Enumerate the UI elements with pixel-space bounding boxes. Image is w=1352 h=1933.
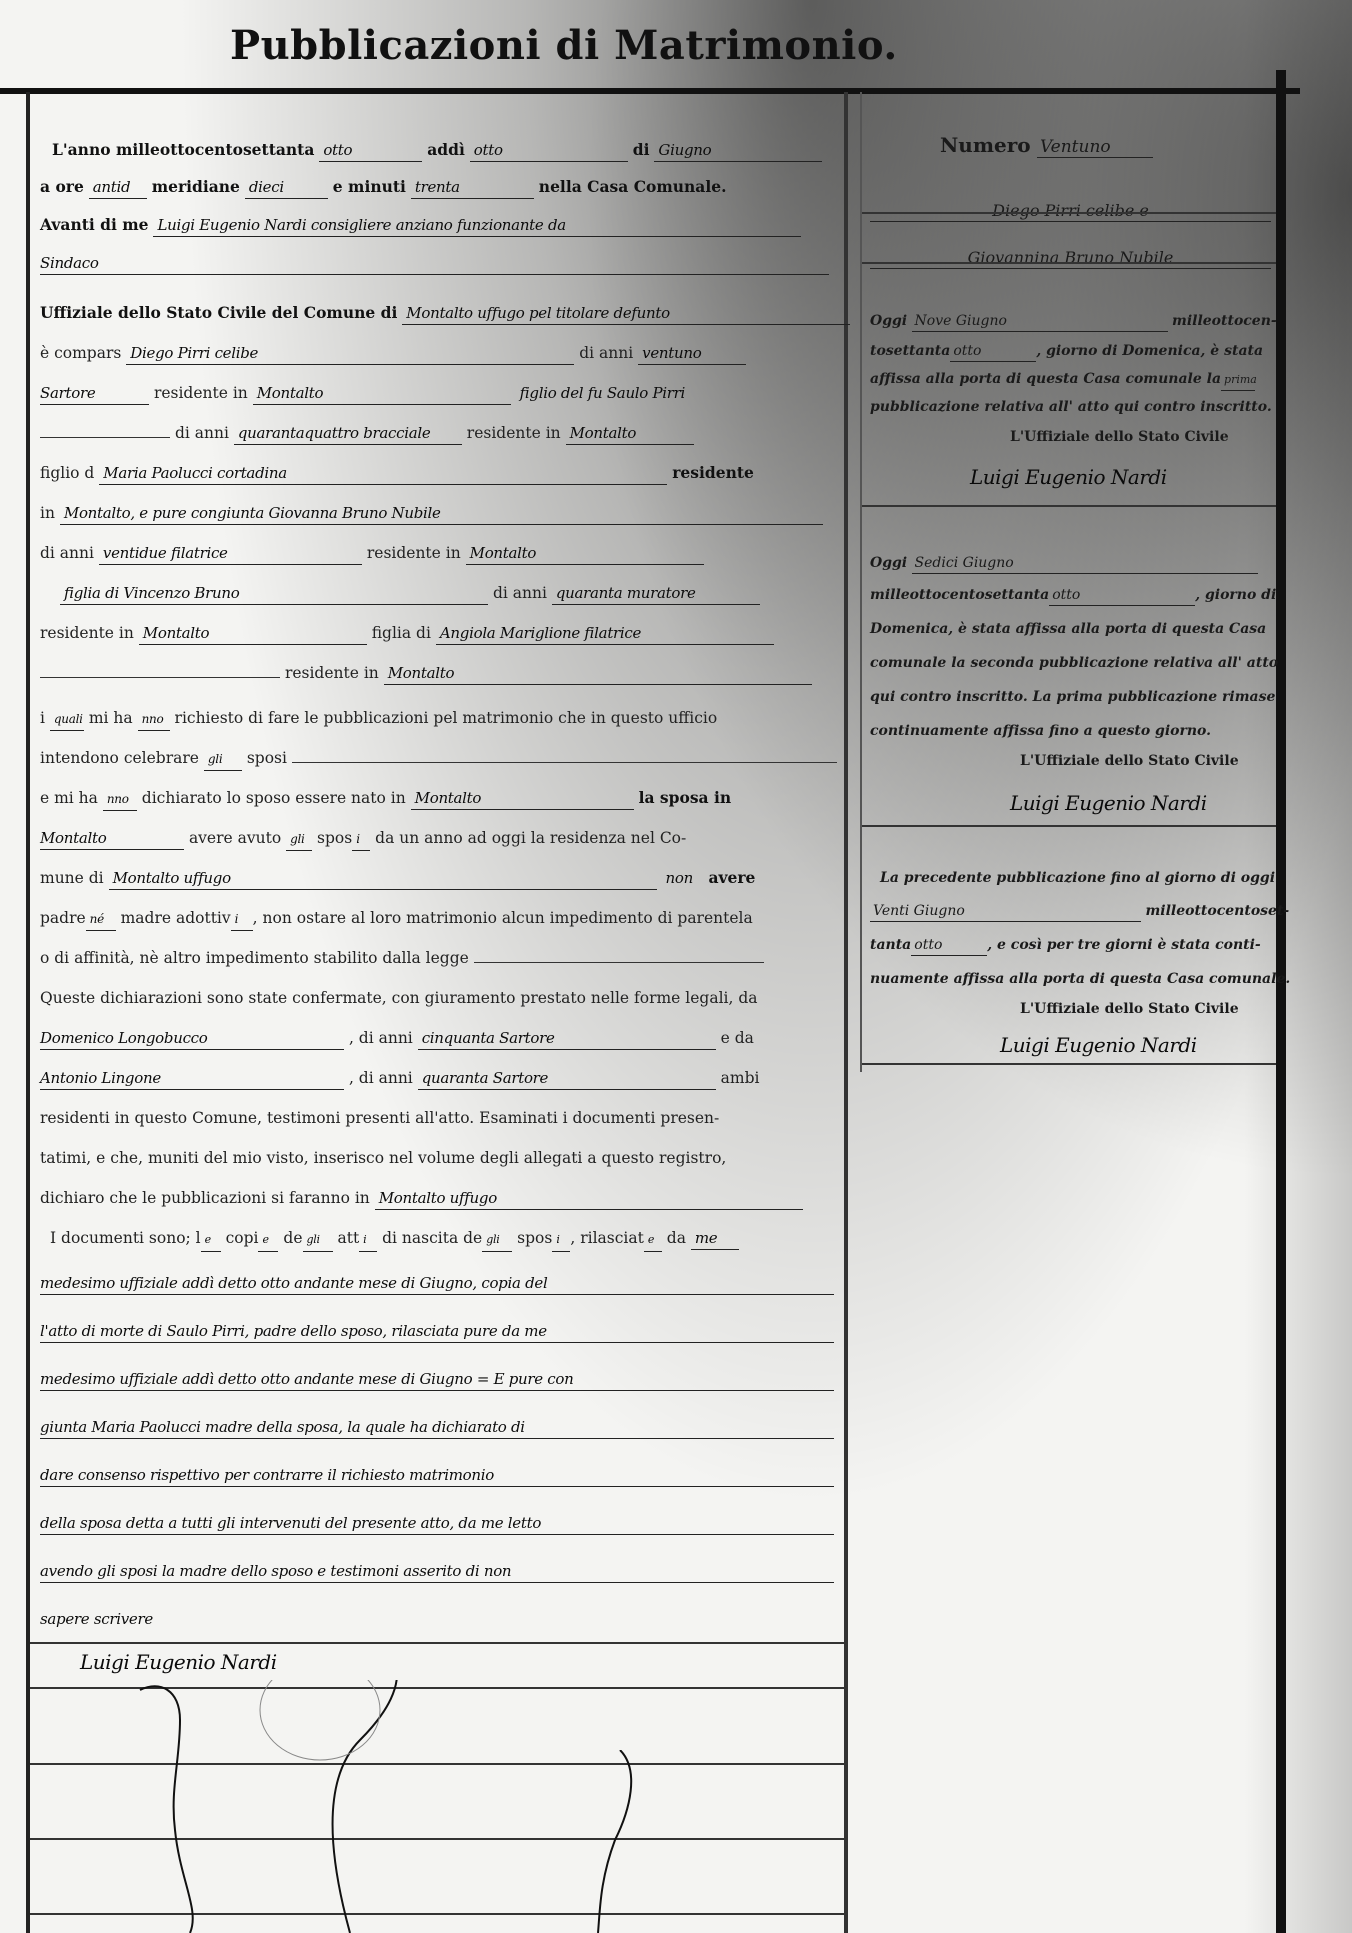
minutes-field: trenta: [411, 176, 534, 199]
pub2-year-line: milleottocentosettantaotto, giorno di: [870, 582, 1270, 608]
act-line-groom: è compars Diego Pirri celibe di anni ven…: [40, 338, 840, 368]
hw-paragraph-line: medesimo uffiziale addì detto otto andan…: [40, 1268, 840, 1298]
groom-father-residence-field: Montalto: [566, 422, 694, 445]
month-field: Giugno: [654, 139, 822, 162]
comune-field: Montalto uffugo pel titolare defunto: [402, 302, 850, 325]
ruled-line: [30, 1838, 845, 1840]
bride-summary: Giovannina Bruno Nubile: [870, 248, 1271, 269]
pub3-text-line: La precedente pubblicazione fino al gior…: [880, 865, 1280, 891]
right-rule: [862, 262, 1276, 264]
groom-father-age-field: quarantaquattro bracciale: [234, 422, 462, 445]
act-line-time: a ore antid meridiane dieci e minuti tre…: [40, 172, 840, 202]
act-line-birthplace: e mi ha nno dichiarato lo sposo essere n…: [40, 783, 840, 813]
act-line-officer-cont: Sindaco: [40, 248, 840, 278]
pub2-text-line: continuamente affissa fino a questo gior…: [870, 718, 1270, 744]
act-line-witness-1: Domenico Longobucco , di anni cinquanta …: [40, 1023, 840, 1053]
hw-paragraph-line: dare consenso rispettivo per contrarre i…: [40, 1460, 840, 1490]
groom-profession-field: Sartore: [40, 382, 149, 405]
witness-2-name: Antonio Lingone: [40, 1067, 344, 1090]
year-field: otto: [319, 139, 422, 162]
act-line-witness-2: Antonio Lingone , di anni quaranta Sarto…: [40, 1063, 840, 1093]
pub3-year-field: otto: [911, 935, 987, 956]
bride-name-field: Montalto, e pure congiunta Giovanna Brun…: [60, 502, 823, 525]
act-line-comune-residence: mune di Montalto uffugo non avere: [40, 863, 840, 893]
ruled-line: [30, 1642, 845, 1644]
act-line-declarations: Queste dichiarazioni sono state conferma…: [40, 983, 840, 1013]
hw-paragraph-line: sapere scrivere: [40, 1604, 840, 1634]
act-line-request: i quali mi ha nno richiesto di fare le p…: [40, 703, 840, 733]
groom-residence-field: Montalto: [253, 382, 511, 405]
act-line-celebrate: intendono celebrare gli sposi: [40, 743, 840, 773]
bride-father-field: figlia di Vincenzo Bruno: [60, 582, 488, 605]
hw-paragraph-line: avendo gli sposi la madre dello sposo e …: [40, 1556, 840, 1586]
record-number: Numero Ventuno: [940, 130, 1340, 160]
right-rule: [862, 212, 1276, 214]
column-divider: [844, 92, 848, 1933]
bride-mother-residence-field: Montalto: [384, 662, 812, 685]
pub1-year-field: otto: [950, 341, 1036, 362]
pub1-date-line: Oggi Nove Giugno milleottocen-: [870, 308, 1270, 334]
pub3-officer-label: L'Uffiziale dello Stato Civile: [1020, 996, 1352, 1022]
bride-father-age-field: quaranta muratore: [552, 582, 760, 605]
act-line-bride-father: figlia di Vincenzo Bruno di anni quarant…: [40, 578, 840, 608]
hw-paragraph-line: medesimo uffiziale addì detto otto andan…: [40, 1364, 840, 1394]
pub2-text-line: comunale la seconda pubblicazione relati…: [870, 650, 1270, 676]
groom-name-field: Diego Pirri celibe: [126, 342, 574, 365]
frame-left-rule: [26, 92, 30, 1933]
hw-paragraph-line: della sposa detta a tutti gli intervenut…: [40, 1508, 840, 1538]
groom-father-field: figlio del fu Saulo Pirri: [516, 382, 714, 404]
act-line-officer: Avanti di me Luigi Eugenio Nardi consigl…: [40, 210, 840, 240]
document-title: Pubblicazioni di Matrimonio.: [230, 22, 1060, 69]
act-line-adoptive: padrené madre adottivi, non ostare al lo…: [40, 903, 840, 933]
act-line-year: L'anno milleottocentosettanta otto addì …: [40, 135, 840, 165]
act-line-publications-place: dichiaro che le pubblicazioni si faranno…: [40, 1183, 840, 1213]
pub3-text-line: nuamente affissa alla porta di questa Ca…: [870, 966, 1270, 992]
pub1-signature: Luigi Eugenio Nardi: [970, 460, 1352, 494]
act-line-bride-mother-residence: residente in Montalto: [40, 658, 840, 688]
right-rule: [862, 825, 1276, 827]
groom-birthplace-field: Montalto: [411, 787, 634, 810]
pub2-date-field: Sedici Giugno: [912, 553, 1258, 574]
act-line-residence-year: Montalto avere avuto gli sposi da un ann…: [40, 823, 840, 853]
bride-mother-field: Angiola Mariglione filatrice: [436, 622, 774, 645]
act-line-bride-mother: residente in Montalto figlia di Angiola …: [40, 618, 840, 648]
column-divider-inner: [860, 92, 862, 1072]
pub1-text-line: affissa alla porta di questa Casa comuna…: [870, 366, 1270, 392]
bride-father-residence-field: Montalto: [139, 622, 367, 645]
right-rule: [862, 505, 1276, 507]
ruled-line: [30, 1763, 845, 1765]
ruled-line: [30, 1913, 845, 1915]
closing-flourish-icon: [560, 1750, 680, 1933]
pub3-date-line: Venti Giugno milleottocentoset-: [870, 898, 1270, 924]
witness-2-age: quaranta Sartore: [418, 1067, 716, 1090]
act-line-muniti: tatimi, e che, muniti del mio visto, ins…: [40, 1143, 840, 1173]
groom-age-field: ventuno: [638, 342, 746, 365]
act-line-residents: residenti in questo Comune, testimoni pr…: [40, 1103, 840, 1133]
closing-flourish-icon: [120, 1680, 440, 1933]
act-line-groom-father-age: di anni quarantaquattro bracciale reside…: [40, 418, 840, 448]
officer-signature-left: Luigi Eugenio Nardi: [40, 1642, 840, 1682]
record-number-value: Ventuno: [1037, 137, 1153, 158]
publications-place-field: Montalto uffugo: [375, 1187, 803, 1210]
pub2-signature: Luigi Eugenio Nardi: [1010, 786, 1352, 820]
pub2-year-field: otto: [1049, 585, 1195, 606]
residence-comune-field: Montalto uffugo: [109, 867, 657, 890]
act-line-documents: I documenti sono; le copie degli atti di…: [40, 1223, 840, 1253]
couple-line-1: Diego Pirri celibe e: [870, 198, 1270, 224]
hour-field: dieci: [245, 176, 328, 199]
act-line-groom-residence: Sartore residente in Montalto figlio del…: [40, 378, 840, 408]
pub1-officer-label: L'Uffiziale dello Stato Civile: [1010, 424, 1352, 450]
act-line-comune: Uffiziale dello Stato Civile del Comune …: [40, 298, 840, 328]
act-line-groom-mother: figlio d Maria Paolucci cortadina reside…: [40, 458, 840, 488]
officer-name-field: Luigi Eugenio Nardi consigliere anziano …: [153, 214, 801, 237]
pub2-officer-label: L'Uffiziale dello Stato Civile: [1020, 748, 1352, 774]
act-line-bride-age: di anni ventidue filatrice residente in …: [40, 538, 840, 568]
hw-paragraph-line: l'atto di morte di Saulo Pirri, padre de…: [40, 1316, 840, 1346]
pub3-date-field: Venti Giugno: [870, 901, 1141, 922]
pub2-text-line: qui contro inscritto. La prima pubblicaz…: [870, 684, 1270, 710]
bride-birthplace-field: Montalto: [40, 827, 184, 850]
am-pm-field: antid: [89, 176, 147, 199]
act-line-affinity: o di affinità, nè altro impedimento stab…: [40, 943, 840, 973]
groom-mother-field: Maria Paolucci cortadina: [99, 462, 667, 485]
pub1-date-field: Nove Giugno: [912, 311, 1168, 332]
ruled-line: [30, 1687, 845, 1689]
hw-paragraph-line: giunta Maria Paolucci madre della sposa,…: [40, 1412, 840, 1442]
bride-age-field: ventidue filatrice: [99, 542, 362, 565]
pub1-year-line: tosettantaotto, giorno di Domenica, è st…: [870, 338, 1270, 364]
frame-top-rule: [0, 88, 1300, 94]
day-field: otto: [470, 139, 628, 162]
bride-residence-field: Montalto: [466, 542, 704, 565]
witness-1-name: Domenico Longobucco: [40, 1027, 344, 1050]
pub3-signature: Luigi Eugenio Nardi: [1000, 1028, 1352, 1062]
act-line-bride: in Montalto, e pure congiunta Giovanna B…: [40, 498, 840, 528]
pub1-text-line: pubblicazione relativa all' atto qui con…: [870, 394, 1270, 420]
pub2-date-line: Oggi Sedici Giugno: [870, 550, 1270, 576]
pub3-year-line: tantaotto, e così per tre giorni è stata…: [870, 932, 1270, 958]
pub2-text-line: Domenica, è stata affissa alla porta di …: [870, 616, 1270, 642]
witness-1-age: cinquanta Sartore: [418, 1027, 716, 1050]
couple-line-2: Giovannina Bruno Nubile: [870, 246, 1270, 272]
right-box-bottom-rule: [862, 1063, 1276, 1065]
